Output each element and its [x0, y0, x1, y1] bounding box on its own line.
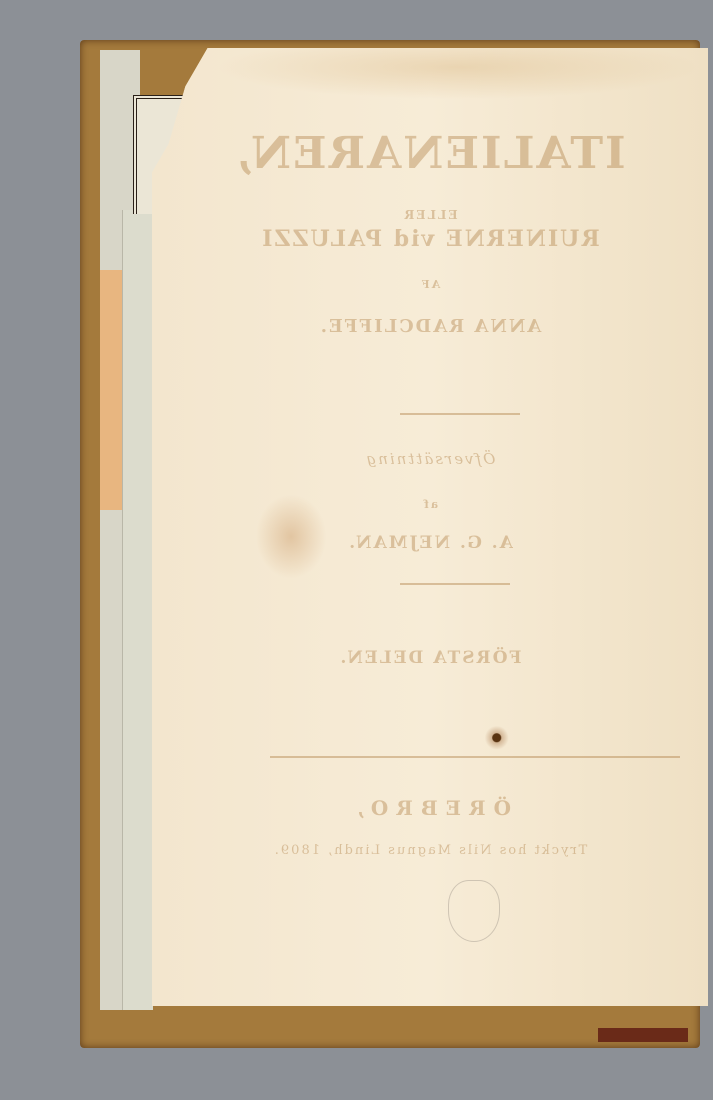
translator: A. G. NEJMAN.: [152, 533, 708, 553]
translation-by: af: [152, 498, 708, 511]
divider-rule: [400, 413, 520, 415]
book-title: ITALIENAREN,: [152, 128, 708, 179]
cover-worn-corner: [598, 1028, 688, 1042]
book-conjunction: ELLER: [152, 208, 708, 222]
translation-label: Öfversättning: [152, 450, 708, 468]
library-stamp-icon: [448, 880, 500, 942]
divider-rule: [270, 756, 680, 758]
divider-rule: [400, 583, 510, 585]
imprint: Tryckt hos Nils Magnus Lindh, 1809.: [152, 843, 708, 858]
title-page: ITALIENAREN, ELLER RUINERNE vid PALUZZI …: [152, 48, 708, 1006]
book-author: ANNA RADCLIFFE.: [152, 316, 708, 337]
orange-stain-band: [100, 270, 122, 510]
place: ÖREBRO,: [152, 796, 708, 820]
inner-leaf: [122, 210, 153, 1010]
volume: FÖRSTA DELEN.: [152, 648, 708, 668]
book-by: AF: [152, 278, 708, 291]
book-subtitle: RUINERNE vid PALUZZI: [152, 226, 708, 252]
